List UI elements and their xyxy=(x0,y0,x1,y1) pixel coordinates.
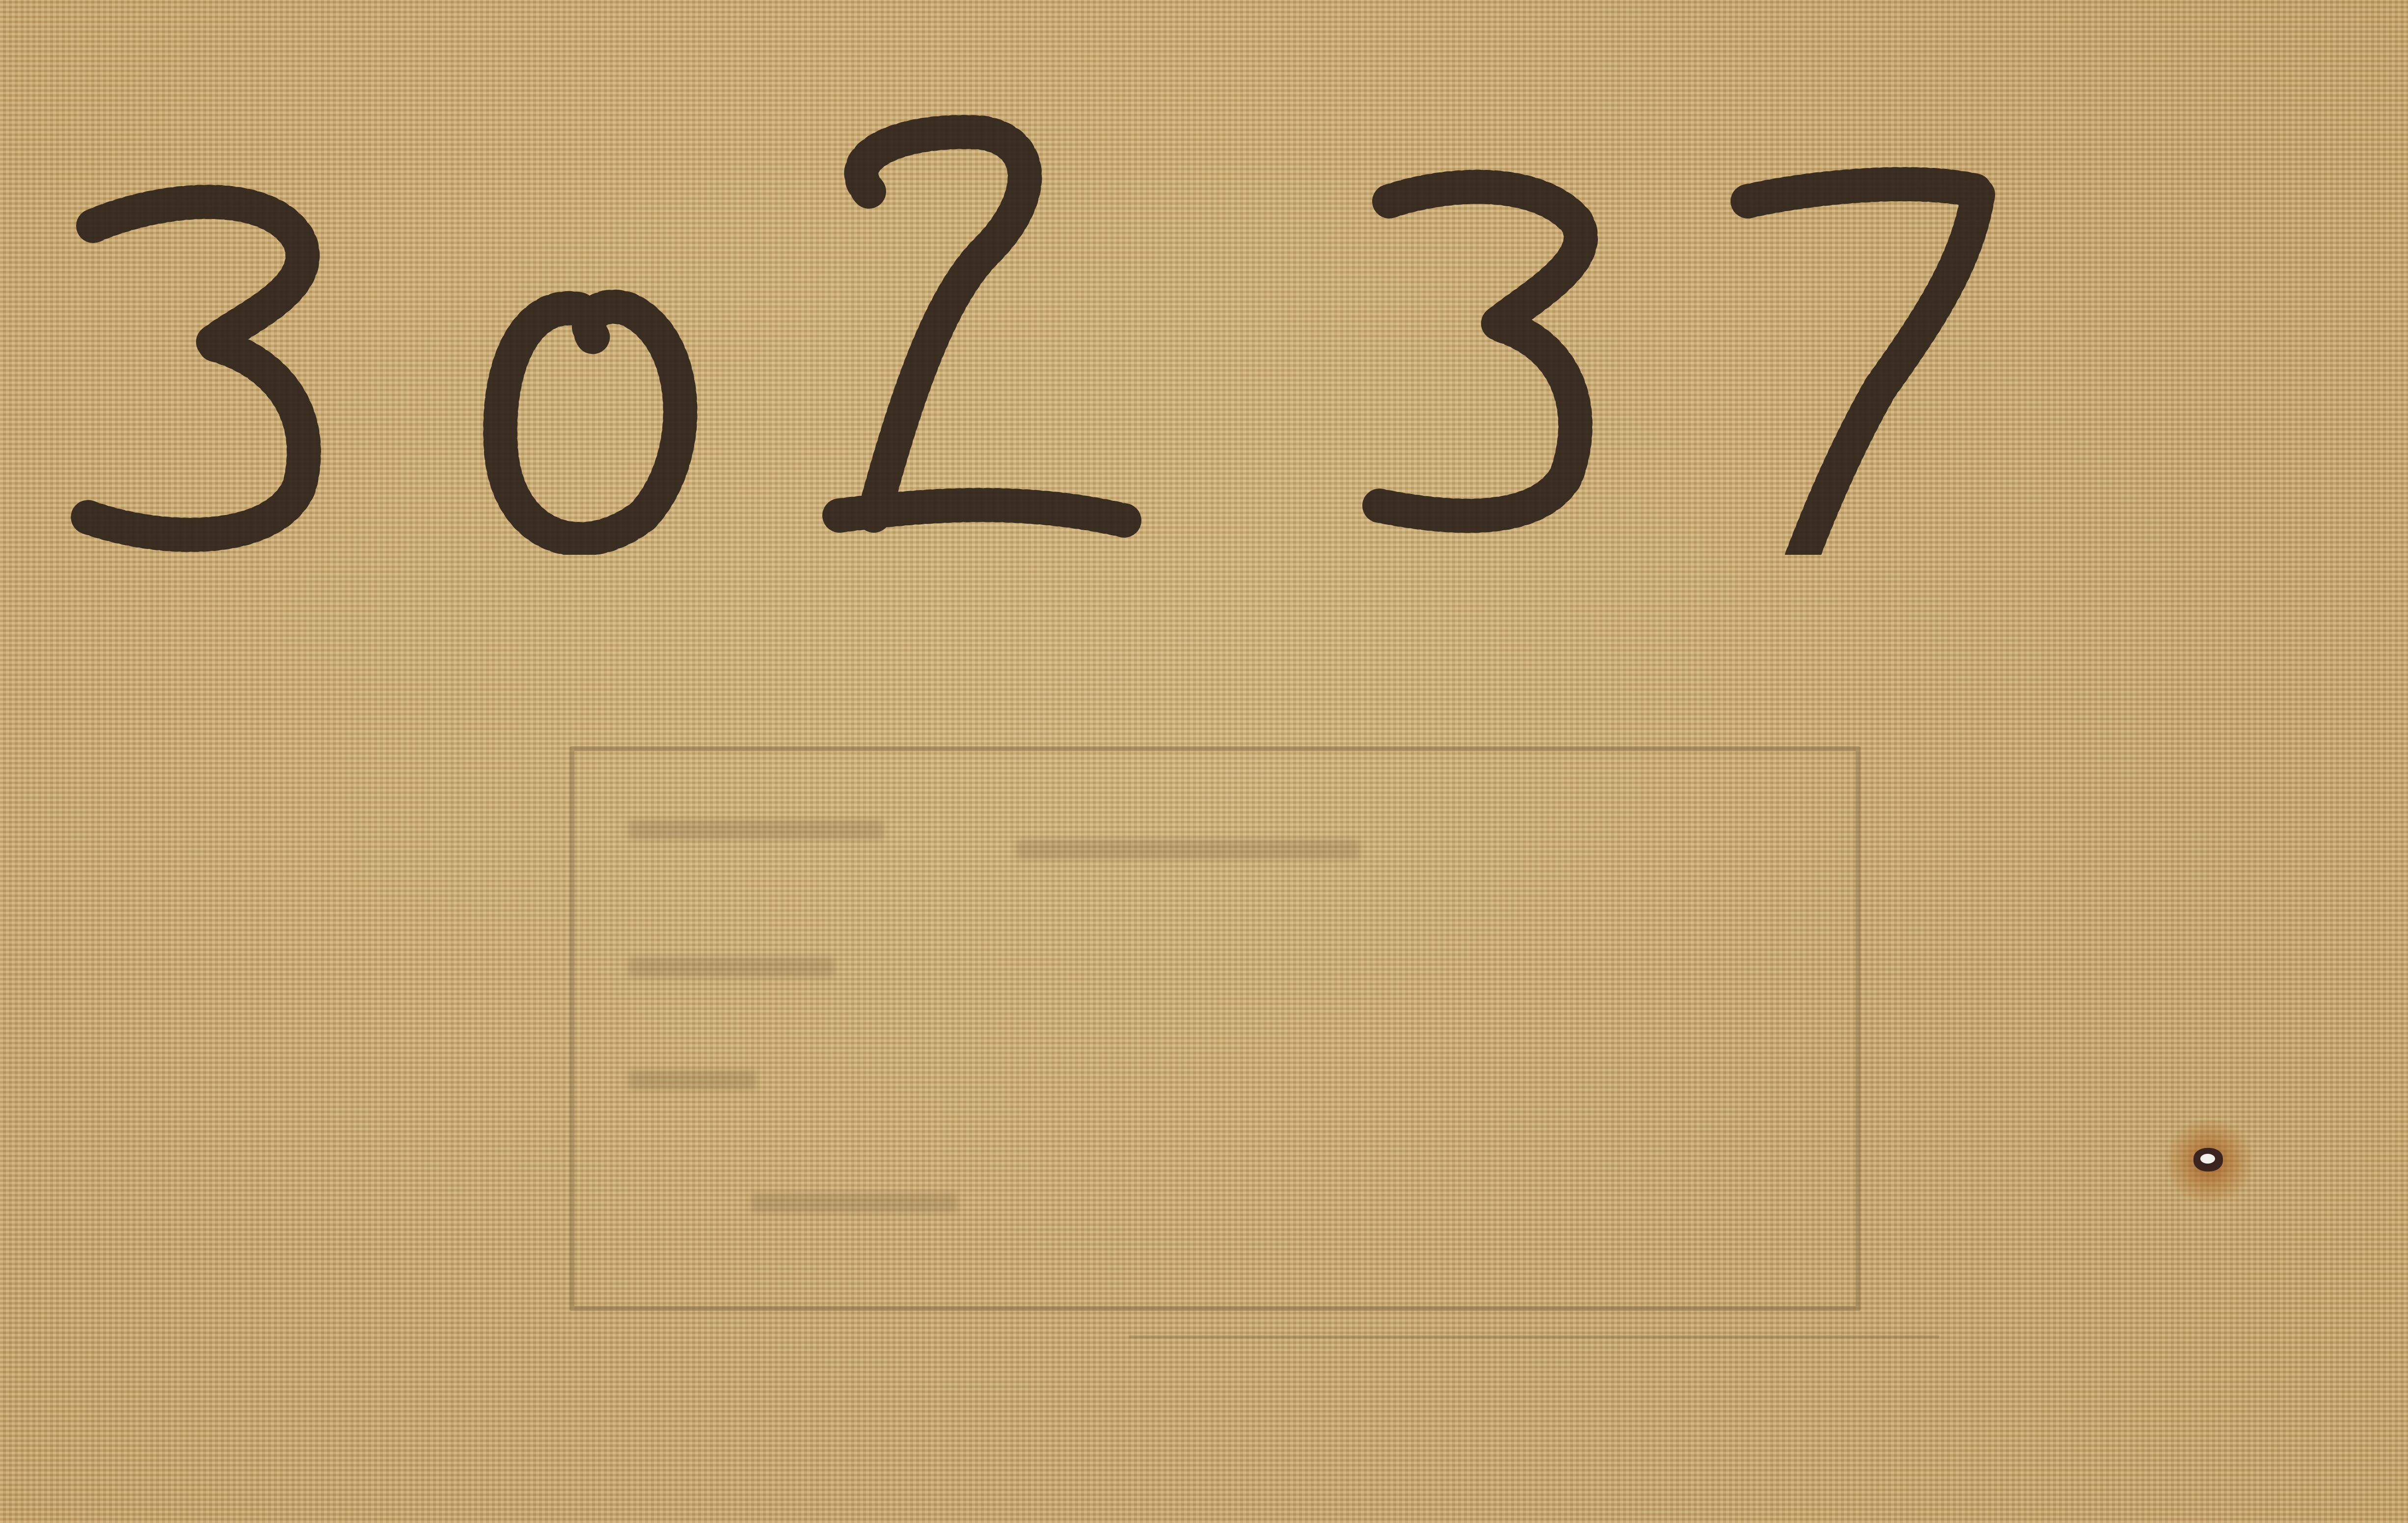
stamp-underline xyxy=(1129,1335,1939,1338)
tack-hole xyxy=(2193,1148,2223,1171)
inventory-number-strokes xyxy=(64,113,2077,555)
faded-stamp-box xyxy=(569,746,1861,1311)
handwritten-inventory-number: 30237 xyxy=(64,113,2077,555)
stamp-faded-line xyxy=(1016,840,1360,859)
canvas-back-photo: 30237 xyxy=(0,0,2408,1523)
stamp-faded-line xyxy=(628,957,835,977)
stamp-faded-line xyxy=(628,1070,756,1090)
tack-hole-rust-stain xyxy=(2160,1119,2258,1203)
stamp-faded-line xyxy=(628,820,884,840)
stamp-faded-line xyxy=(751,1193,957,1213)
tack-hole-glint xyxy=(2200,1154,2215,1164)
